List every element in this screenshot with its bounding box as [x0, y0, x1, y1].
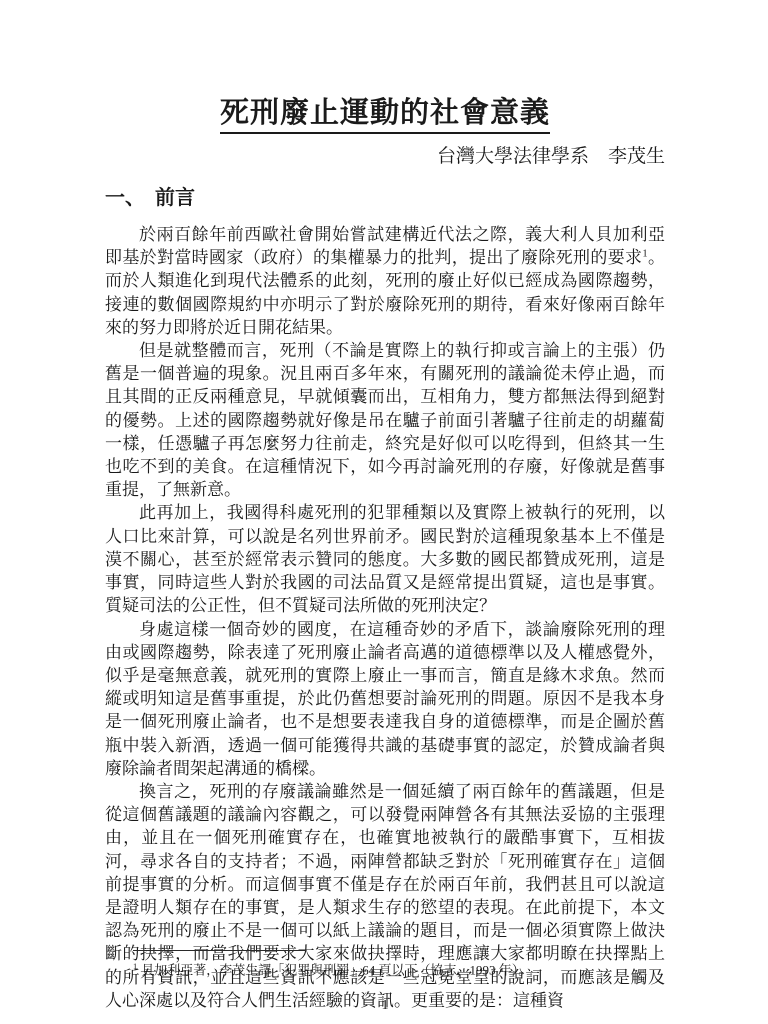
footnote-1-text: 貝加利亞著，李茂生譯「犯罪與刑罰」64 頁以下（協志，1993 年）。: [141, 962, 531, 977]
footnote-1-marker: 1: [133, 961, 137, 971]
paragraph-1: 於兩百餘年前西歐社會開始嘗試建構近代法之際，義大利人貝加利亞即基於對當時國家（政…: [105, 223, 665, 339]
page-content: 死刑廢止運動的社會意義 台灣大學法律學系 李茂生 一、 前言 於兩百餘年前西歐社…: [105, 0, 665, 1012]
page-number: 1: [105, 998, 665, 1014]
document-title-text: 死刑廢止運動的社會意義: [220, 95, 550, 134]
author-affiliation: 台灣大學法律學系 李茂生: [105, 146, 665, 169]
paragraph-3: 此再加上，我國得科處死刑的犯罪種類以及實際上被執行的死刑，以人口比來計算，可以說…: [105, 501, 665, 617]
paragraph-2: 但是就整體而言，死刑（不論是實際上的執行抑或言論上的主張）仍舊是一個普遍的現象。…: [105, 339, 665, 501]
document-title: 死刑廢止運動的社會意義: [105, 95, 665, 134]
footnote-1: 1貝加利亞著，李茂生譯「犯罪與刑罰」64 頁以下（協志，1993 年）。: [105, 961, 665, 979]
footnote-area: 1貝加利亞著，李茂生譯「犯罪與刑罰」64 頁以下（協志，1993 年）。: [105, 950, 665, 979]
section-heading: 一、 前言: [105, 185, 665, 211]
footnote-separator: [133, 950, 305, 951]
document-page: 死刑廢止運動的社會意義 台灣大學法律學系 李茂生 一、 前言 於兩百餘年前西歐社…: [0, 0, 768, 1024]
paragraph-4: 身處這樣一個奇妙的國度，在這種奇妙的矛盾下，談論廢除死刑的理由或國際趨勢，除表達…: [105, 618, 665, 780]
paragraph-1-text-before-note: 於兩百餘年前西歐社會開始嘗試建構近代法之際，義大利人貝加利亞即基於對當時國家（政…: [105, 225, 665, 267]
body-text: 於兩百餘年前西歐社會開始嘗試建構近代法之際，義大利人貝加利亞即基於對當時國家（政…: [105, 223, 665, 1012]
